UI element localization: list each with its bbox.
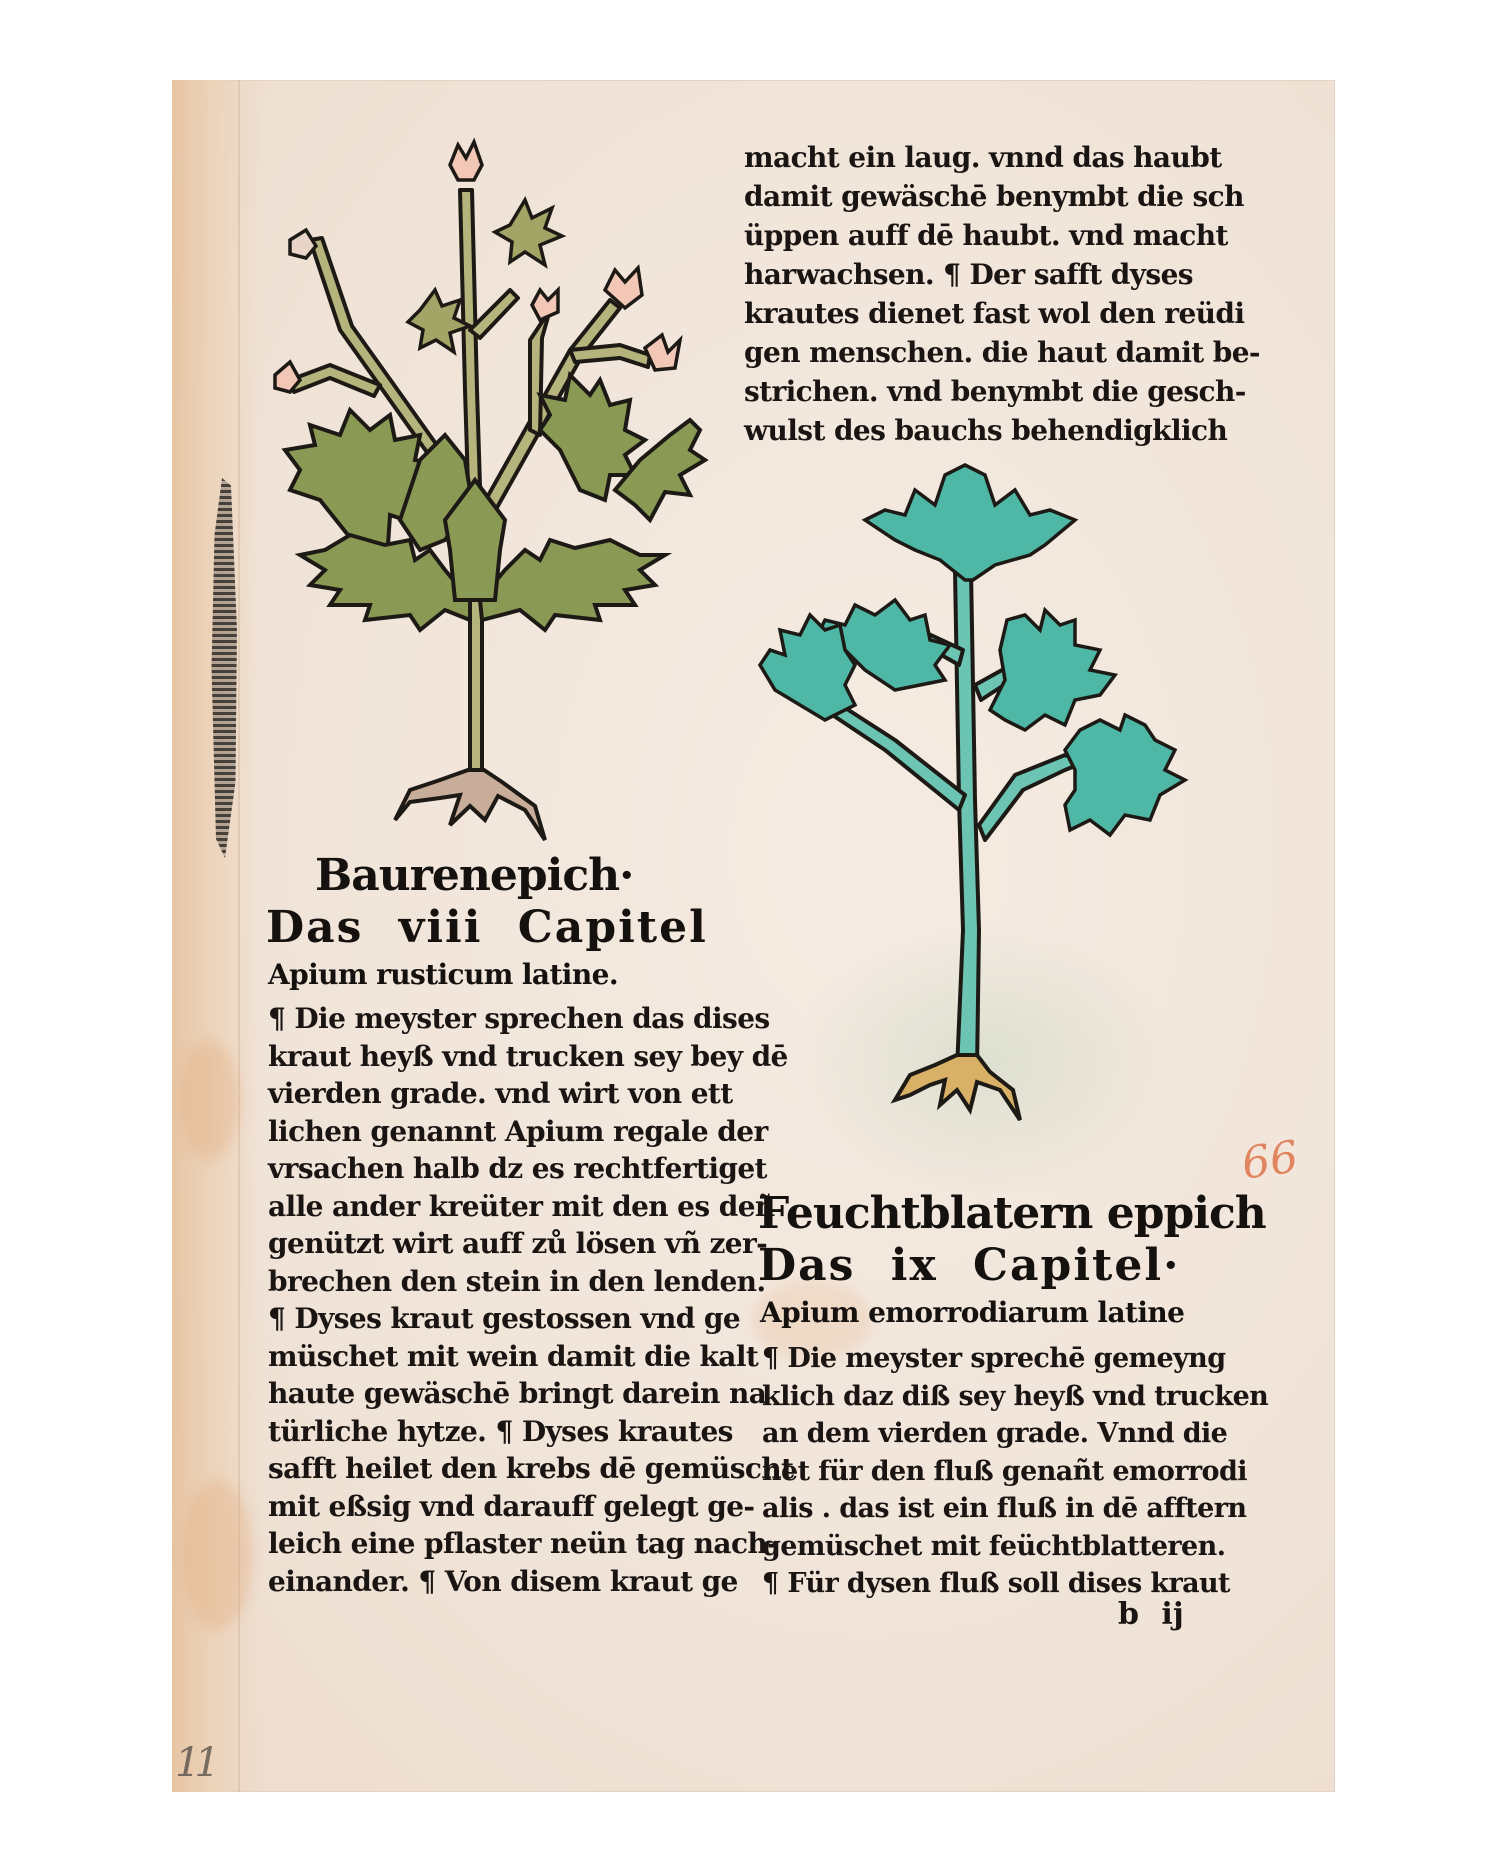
stain-spot	[180, 1040, 240, 1160]
text-line: türliche hytze. ¶ Dyses krautes	[268, 1413, 793, 1451]
text-line: haute gewäschē bringt darein na	[268, 1375, 793, 1413]
text-line: damit gewäschē benymbt die sch	[744, 177, 1260, 216]
corner-annotation: 11	[175, 1740, 214, 1786]
signature-mark: b ij	[1118, 1597, 1184, 1632]
text-line: lichen genannt Apium regale der	[268, 1113, 793, 1151]
left-plant-illustration	[270, 130, 720, 850]
text-line: mit eßsig vnd darauff gelegt ge-	[268, 1488, 793, 1526]
stain-spot	[182, 1480, 252, 1630]
chapter-8-number: Das viii Capitel	[266, 902, 708, 953]
text-line: harwachsen. ¶ Der safft dyses	[744, 255, 1260, 294]
text-line: ¶ Für dysen fluß soll dises kraut	[762, 1565, 1268, 1603]
text-line: leich eine pflaster neün tag nach-	[268, 1525, 793, 1563]
text-line: vierden grade. vnd wirt von ett	[268, 1075, 793, 1113]
text-line: genützt wirt auff zů lösen vñ zer-	[268, 1225, 793, 1263]
text-line: net für den fluß genañt emorrodi	[762, 1453, 1268, 1491]
chapter-9-number: Das ix Capitel·	[758, 1240, 1180, 1291]
text-line: üppen auff dē haubt. vnd macht	[744, 216, 1260, 255]
text-line: vrsachen halb dz es rechtfertiget	[268, 1150, 793, 1188]
text-line: einander. ¶ Von disem kraut ge	[268, 1563, 793, 1601]
chapter-8-title: Baurenepich·	[315, 850, 633, 901]
text-line: macht ein laug. vnnd das haubt	[744, 138, 1260, 177]
chapter-8-latin-name: Apium rusticum latine.	[268, 958, 618, 991]
text-line: an dem vierden grade. Vnnd die	[762, 1415, 1268, 1453]
text-line: alis . das ist ein fluß in dē afftern	[762, 1490, 1268, 1528]
text-line: kraut heyß vnd trucken sey bey dē	[268, 1038, 793, 1076]
text-line: wulst des bauchs behendigklich	[744, 411, 1260, 450]
text-line: gemüschet mit feüchtblatteren.	[762, 1528, 1268, 1566]
text-line: ¶ Die meyster sprechen das dises	[268, 1000, 793, 1038]
text-line: klich daz diß sey heyß vnd trucken	[762, 1378, 1268, 1416]
text-line: safft heilet den krebs dē gemüscht	[268, 1450, 793, 1488]
chapter-8-body: ¶ Die meyster sprechen das dises kraut h…	[268, 1000, 793, 1600]
text-line: alle ander kreüter mit den es deñ	[268, 1188, 793, 1226]
chapter-9-latin-name: Apium emorrodiarum latine	[760, 1296, 1184, 1329]
text-line: strichen. vnd benymbt die gesch-	[744, 372, 1260, 411]
text-line: brechen den stein in den lenden.	[268, 1263, 793, 1301]
text-line: müschet mit wein damit die kalt	[268, 1338, 793, 1376]
text-line: ¶ Dyses kraut gestossen vnd ge	[268, 1300, 793, 1338]
text-line: ¶ Die meyster sprechē gemeyng	[762, 1340, 1268, 1378]
right-plant-illustration	[745, 450, 1205, 1150]
chapter-9-title: Feuchtblatern eppich	[758, 1188, 1266, 1239]
chapter-9-body: ¶ Die meyster sprechē gemeyng klich daz …	[762, 1340, 1268, 1603]
right-column-continuation-text: macht ein laug. vnnd das haubt damit gew…	[744, 138, 1260, 450]
margin-annotation: 66	[1239, 1131, 1302, 1189]
text-line: krautes dienet fast wol den reüdi	[744, 294, 1260, 333]
text-line: gen menschen. die haut damit be-	[744, 333, 1260, 372]
